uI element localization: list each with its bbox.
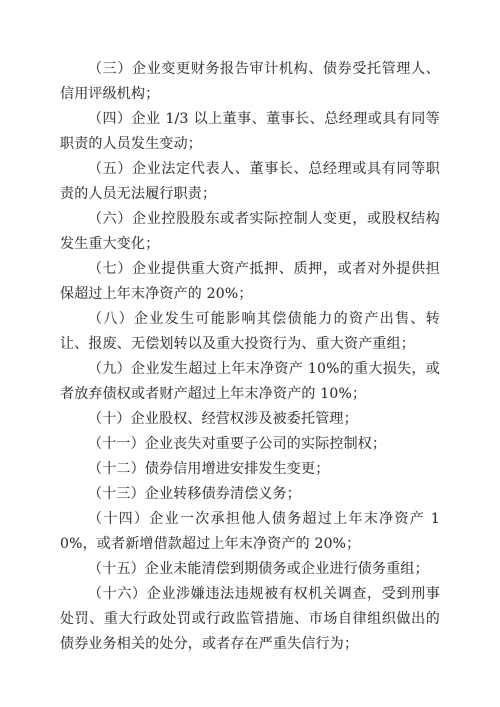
clause-paragraph: （九）企业发生超过上年末净资产 10%的重大损失，或者放弃债权或者财产超过上年末… (60, 357, 440, 407)
clause-paragraph: （十一）企业丧失对重要子公司的实际控制权； (60, 432, 440, 457)
clause-paragraph: （四）企业 1/3 以上董事、董事长、总经理或具有同等职责的人员发生变动； (60, 107, 440, 157)
clause-paragraph: （十二）债券信用增进安排发生变更； (60, 457, 440, 482)
clause-paragraph: （十三）企业转移债券清偿义务； (60, 482, 440, 507)
clause-paragraph: （十五）企业未能清偿到期债务或企业进行债务重组； (60, 557, 440, 582)
clause-paragraph: （十四）企业一次承担他人债务超过上年末净资产 10%，或者新增借款超过上年末净资… (60, 507, 440, 557)
document-body: （三）企业变更财务报告审计机构、债券受托管理人、信用评级机构；（四）企业 1/3… (60, 57, 440, 657)
clause-paragraph: （三）企业变更财务报告审计机构、债券受托管理人、信用评级机构； (60, 57, 440, 107)
document-page: （三）企业变更财务报告审计机构、债券受托管理人、信用评级机构；（四）企业 1/3… (0, 0, 500, 707)
clause-paragraph: （十六）企业涉嫌违法违规被有权机关调查，受到刑事处罚、重大行政处罚或行政监管措施… (60, 582, 440, 657)
clause-paragraph: （十）企业股权、经营权涉及被委托管理； (60, 407, 440, 432)
clause-paragraph: （七）企业提供重大资产抵押、质押，或者对外提供担保超过上年末净资产的 20%； (60, 257, 440, 307)
clause-paragraph: （六）企业控股股东或者实际控制人变更，或股权结构发生重大变化； (60, 207, 440, 257)
clause-paragraph: （五）企业法定代表人、董事长、总经理或具有同等职责的人员无法履行职责； (60, 157, 440, 207)
clause-paragraph: （八）企业发生可能影响其偿债能力的资产出售、转让、报废、无偿划转以及重大投资行为… (60, 307, 440, 357)
